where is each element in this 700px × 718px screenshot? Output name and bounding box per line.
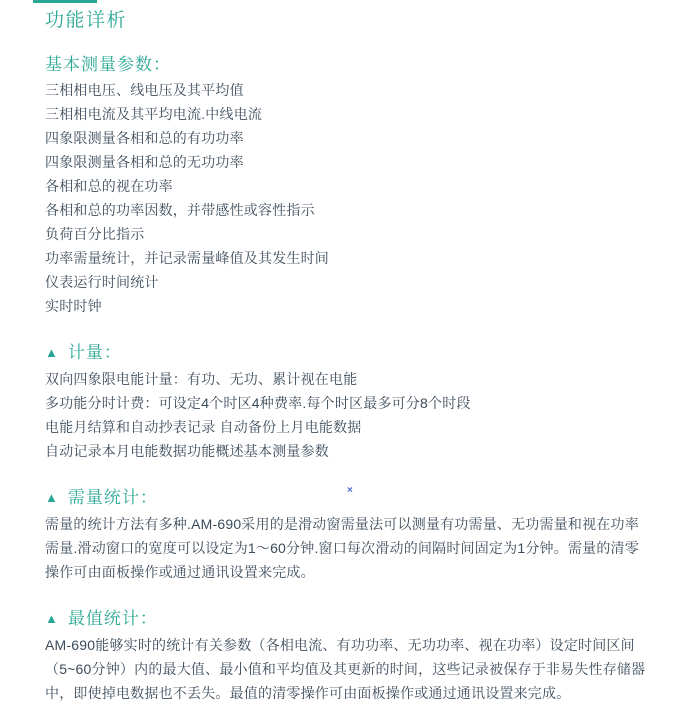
section: ▲最值统计：AM-690能够实时的统计有关参数（各相电流、有功功率、无功功率、视…	[45, 607, 690, 705]
triangle-bullet-icon: ▲	[45, 345, 59, 360]
content-area: 功能详析 基本测量参数：三相相电压、线电压及其平均值三相相电流及其平均电流.中线…	[45, 9, 690, 705]
section-heading: ▲需量统计：	[45, 486, 690, 510]
section: ▲计量：双向四象限电能计量：有功、无功、累计视在电能多功能分时计费：可设定4个时…	[45, 341, 690, 463]
section: ▲需量统计：需量的统计方法有多种.AM-690采用的是滑动窗需量法可以测量有功需…	[45, 486, 690, 584]
text-line: 四象限测量各相和总的有功功率	[45, 126, 690, 150]
top-accent-bar	[33, 0, 97, 3]
document-page: 功能详析 基本测量参数：三相相电压、线电压及其平均值三相相电流及其平均电流.中线…	[0, 0, 700, 718]
section-heading-text: 基本测量参数：	[45, 55, 171, 74]
text-line: 电能月结算和自动抄表记录 自动备份上月电能数据	[45, 415, 690, 439]
text-line: 三相相电流及其平均电流.中线电流	[45, 102, 690, 126]
section: 基本测量参数：三相相电压、线电压及其平均值三相相电流及其平均电流.中线电流四象限…	[45, 53, 690, 318]
section-heading-text: 需量统计：	[68, 488, 158, 507]
text-line: 三相相电压、线电压及其平均值	[45, 78, 690, 102]
section-heading-text: 计量：	[68, 343, 122, 362]
text-line: 需量.滑动窗口的宽度可以设定为1〜60分钟.窗口每次滑动的间隔时间固定为1分钟。…	[45, 536, 690, 560]
broken-image-icon: ×	[347, 486, 353, 496]
text-line: AM-690能够实时的统计有关参数（各相电流、有功功率、无功功率、视在功率）设定…	[45, 633, 690, 657]
section-heading: ▲计量：	[45, 341, 690, 365]
triangle-bullet-icon: ▲	[45, 611, 59, 626]
sections-container: 基本测量参数：三相相电压、线电压及其平均值三相相电流及其平均电流.中线电流四象限…	[45, 53, 690, 705]
text-line: 仪表运行时间统计	[45, 270, 690, 294]
triangle-bullet-icon: ▲	[45, 490, 59, 505]
page-title: 功能详析	[45, 9, 690, 32]
text-line: 四象限测量各相和总的无功功率	[45, 150, 690, 174]
text-line: 各相和总的功率因数，并带感性或容性指示	[45, 198, 690, 222]
text-line: 负荷百分比指示	[45, 222, 690, 246]
text-line: （5~60分钟）内的最大值、最小值和平均值及其更新的时间，这些记录被保存于非易失…	[45, 657, 690, 681]
section-heading: ▲最值统计：	[45, 607, 690, 631]
text-line: 多功能分时计费：可设定4个时区4种费率.每个时区最多可分8个时段	[45, 391, 690, 415]
text-line: 各相和总的视在功率	[45, 174, 690, 198]
text-line: 需量的统计方法有多种.AM-690采用的是滑动窗需量法可以测量有功需量、无功需量…	[45, 512, 690, 536]
text-line: 实时时钟	[45, 294, 690, 318]
text-line: 功率需量统计，并记录需量峰值及其发生时间	[45, 246, 690, 270]
section-heading-text: 最值统计：	[68, 609, 158, 628]
text-line: 双向四象限电能计量：有功、无功、累计视在电能	[45, 367, 690, 391]
text-line: 操作可由面板操作或通过通讯设置来完成。	[45, 560, 690, 584]
section-heading: 基本测量参数：	[45, 53, 690, 76]
text-line: 中，即使掉电数据也不丢失。最值的清零操作可由面板操作或通过通讯设置来完成。	[45, 681, 690, 705]
text-line: 自动记录本月电能数据功能概述基本测量参数	[45, 439, 690, 463]
